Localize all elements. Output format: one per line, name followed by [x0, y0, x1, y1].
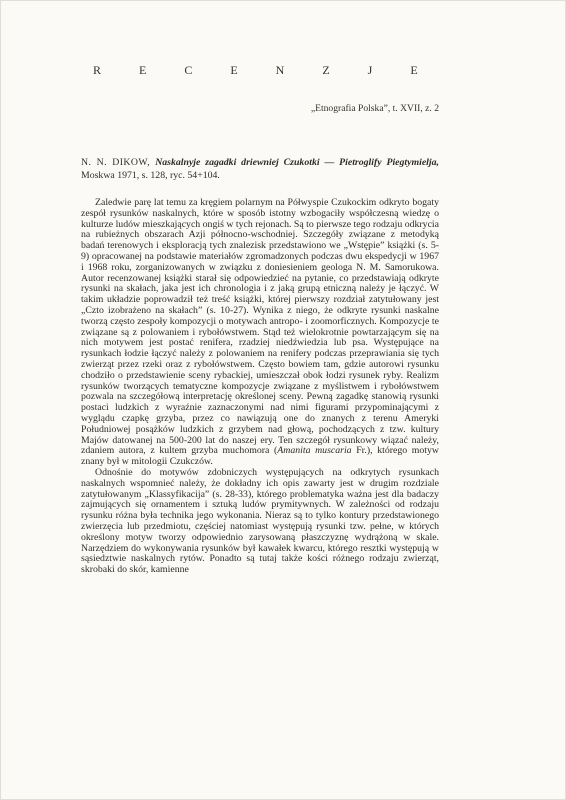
scanned-journal-page: RECENZJE „Etnografia Polska”, t. XVII, z… — [0, 0, 566, 800]
reviewed-author-name: N. N. DIKOW, — [81, 157, 155, 168]
reviewed-book-title: Naskalnyje zagadki driewniej Czukotki — … — [155, 157, 439, 168]
review-paragraph-2: Odnośnie do motywów zdobniczych występuj… — [81, 468, 439, 576]
reviewed-book-imprint: Moskwa 1971, s. 128, ryc. 54+104. — [81, 170, 220, 181]
section-heading: RECENZJE — [81, 63, 439, 77]
journal-reference: „Etnografia Polska”, t. XVII, z. 2 — [81, 103, 439, 114]
paragraph-2-text: Odnośnie do motywów zdobniczych występuj… — [81, 467, 439, 575]
paragraph-1-text-a: Zaledwie parę lat temu za kręgiem polarn… — [81, 197, 439, 456]
text-block: RECENZJE „Etnografia Polska”, t. XVII, z… — [81, 1, 439, 576]
review-heading: N. N. DIKOW, Naskalnyje zagadki driewnie… — [81, 156, 439, 182]
review-body: Zaledwie parę lat temu za kręgiem polarn… — [81, 198, 439, 576]
paragraph-1-latin-species-name: Amanita muscaria — [277, 445, 351, 456]
review-paragraph-1: Zaledwie parę lat temu za kręgiem polarn… — [81, 198, 439, 468]
